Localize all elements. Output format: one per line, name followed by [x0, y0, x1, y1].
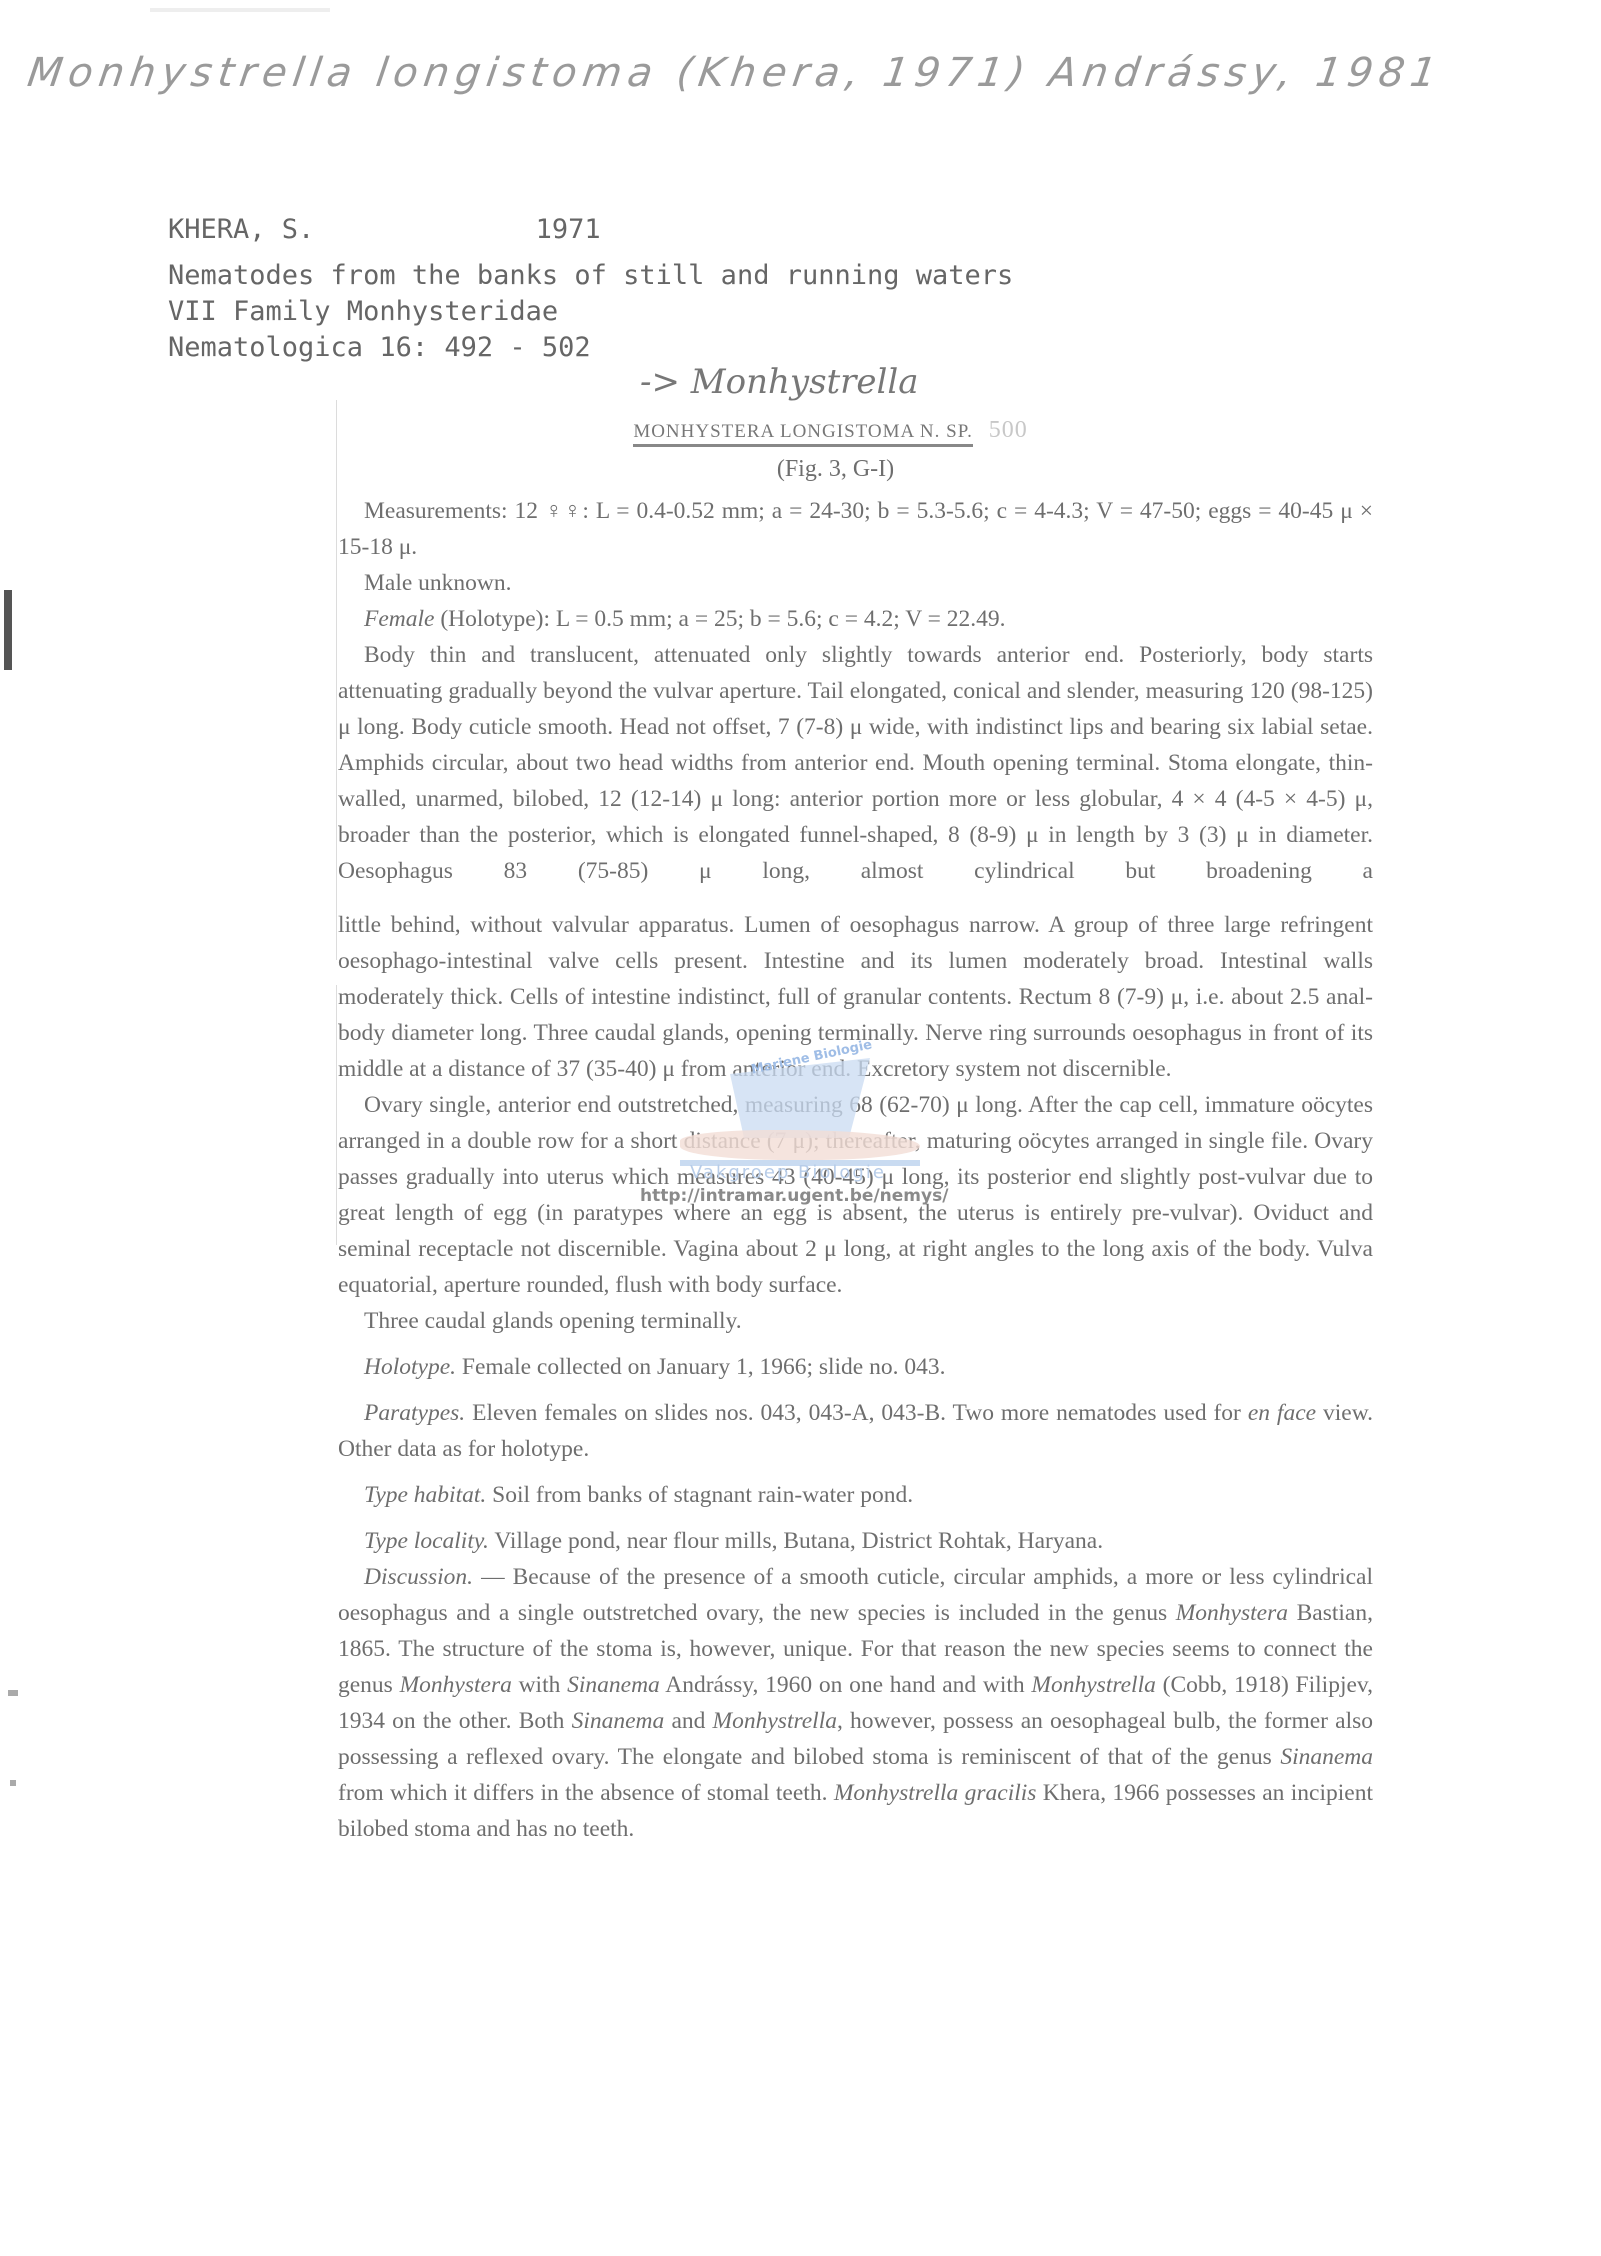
citation-journal: Nematologica 16: 492 - 502: [168, 330, 1013, 366]
handwritten-genus-note: -> Monhystrella: [640, 362, 919, 402]
citation-block: KHERA, S. 1971 Nematodes from the banks …: [168, 212, 1013, 366]
caudal-paragraph: Three caudal glands opening terminally.: [338, 1303, 1373, 1339]
figure-reference: (Fig. 3, G-I): [298, 451, 1373, 487]
ovary-paragraph: Ovary single, anterior end outstretched,…: [338, 1087, 1373, 1303]
citation-author: KHERA, S.: [168, 214, 314, 245]
citation-year: 1971: [536, 214, 601, 245]
page-number-note: 500: [989, 417, 1028, 443]
male-paragraph: Male unknown.: [338, 565, 1373, 601]
locality-paragraph: Type locality. Village pond, near flour …: [338, 1523, 1373, 1559]
scan-edge-mark: [8, 1690, 18, 1696]
citation-title-line2: VII Family Monhysteridae: [168, 294, 1013, 330]
scan-smudge: [150, 8, 330, 12]
measurements-paragraph: Measurements: 12 ♀♀: L = 0.4-0.52 mm; a …: [338, 493, 1373, 565]
discussion-paragraph: Discussion. — Because of the presence of…: [338, 1559, 1373, 1847]
paratypes-paragraph: Paratypes. Eleven females on slides nos.…: [338, 1395, 1373, 1467]
description-paragraph-2: little behind, without valvular apparatu…: [338, 907, 1373, 1087]
scan-edge-mark: [10, 1780, 16, 1786]
female-paragraph: Female (Holotype): L = 0.5 mm; a = 25; b…: [338, 601, 1373, 637]
species-heading: MONHYSTERA LONGISTOMA N. SP. 500: [288, 415, 1373, 447]
handwritten-species-title: Monhystrella longistoma (Khera, 1971) An…: [25, 50, 1445, 96]
article-body: MONHYSTERA LONGISTOMA N. SP. 500 (Fig. 3…: [338, 415, 1373, 1847]
habitat-paragraph: Type habitat. Soil from banks of stagnan…: [338, 1477, 1373, 1513]
citation-title-line1: Nematodes from the banks of still and ru…: [168, 258, 1013, 294]
scan-edge-mark: [4, 590, 12, 670]
description-paragraph-1: Body thin and translucent, attenuated on…: [338, 637, 1373, 889]
holotype-paragraph: Holotype. Female collected on January 1,…: [338, 1349, 1373, 1385]
column-rule: [336, 985, 337, 1245]
